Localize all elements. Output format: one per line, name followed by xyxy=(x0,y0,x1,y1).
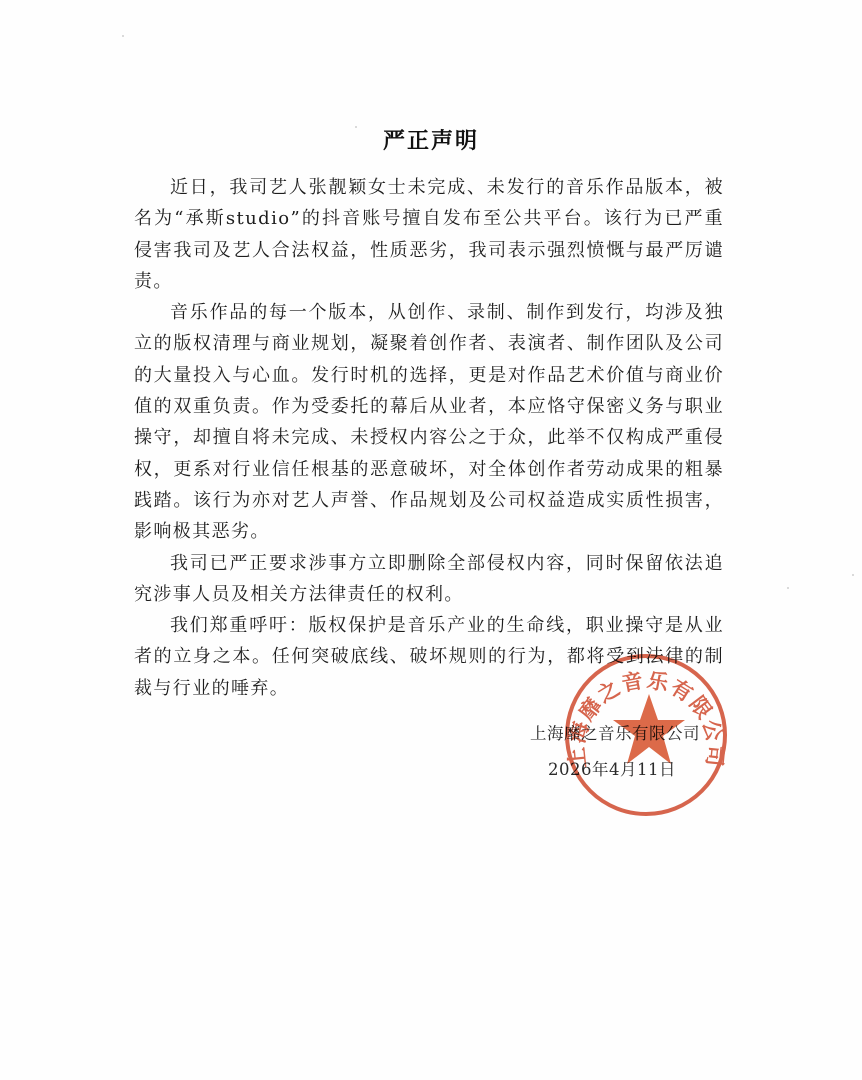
scan-speck xyxy=(852,574,854,576)
star-icon xyxy=(613,694,685,764)
company-seal-stamp: 上海靡之音乐有限公司 xyxy=(563,652,729,818)
scan-speck xyxy=(122,35,124,37)
document-page: 严正声明 近日，我司艺人张靓颖女士未完成、未发行的音乐作品版本，被名为“承斯st… xyxy=(0,0,862,1080)
document-title: 严正声明 xyxy=(0,124,862,155)
paragraph-1: 近日，我司艺人张靓颖女士未完成、未发行的音乐作品版本，被名为“承斯studio”… xyxy=(134,172,724,297)
scan-speck xyxy=(787,587,789,589)
paragraph-3: 我司已严正要求涉事方立即删除全部侵权内容，同时保留依法追究涉事人员及相关方法律责… xyxy=(134,548,724,611)
document-body: 近日，我司艺人张靓颖女士未完成、未发行的音乐作品版本，被名为“承斯studio”… xyxy=(134,172,724,704)
scan-speck xyxy=(355,126,357,128)
paragraph-2: 音乐作品的每一个版本，从创作、录制、制作到发行，均涉及独立的版权清理与商业规划，… xyxy=(134,297,724,547)
